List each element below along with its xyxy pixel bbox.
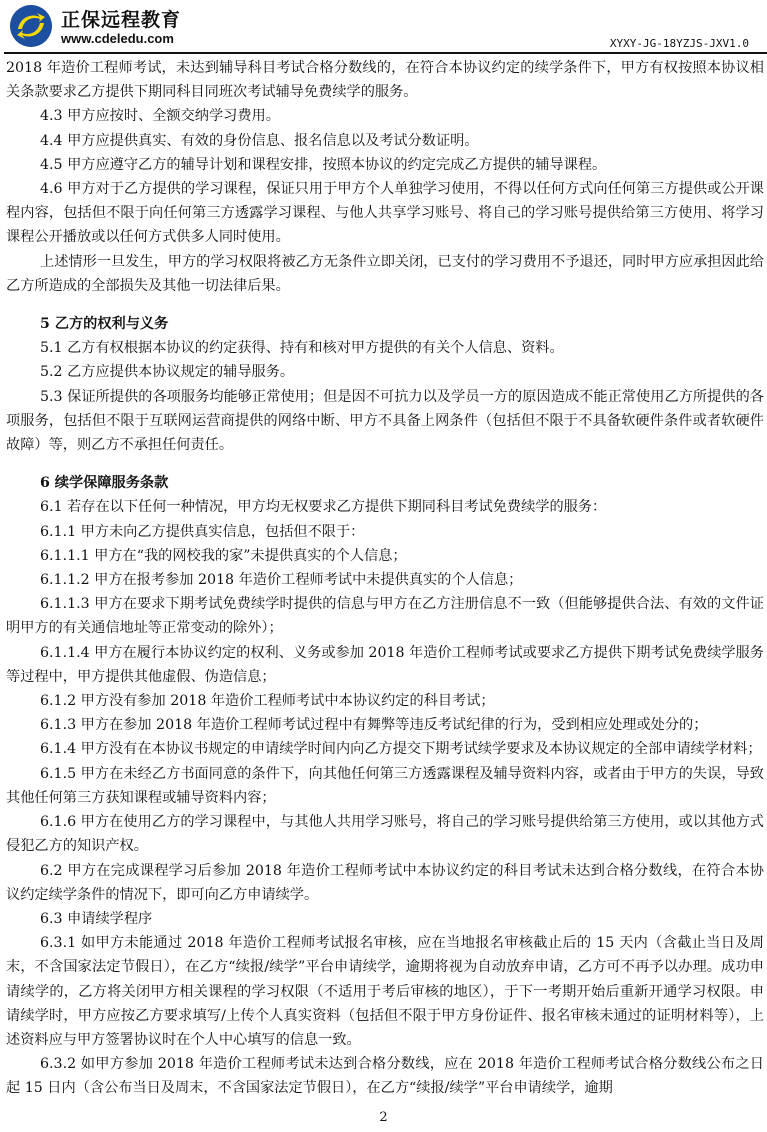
clause-6-2: 6.2 甲方在完成课程学习后参加 2018 年造价工程师考试中本协议约定的科目考… [6,859,764,907]
clause-6-1-1-1: 6.1.1.1 甲方在“我的网校我的家”未提供真实的个人信息； [6,544,764,568]
page-number: 2 [0,1110,767,1125]
cdeledu-logo-icon [10,5,52,47]
document-body: 2018 年造价工程师考试，未达到辅导科目考试合格分数线的，在符合本协议约定的续… [6,56,764,1101]
clause-6-1-2: 6.1.2 甲方没有参加 2018 年造价工程师考试中本协议约定的科目考试； [6,689,764,713]
clause-6-3: 6.3 申请续学程序 [6,907,764,931]
clause-5-2: 5.2 乙方应提供本协议规定的辅导服务。 [6,360,764,384]
clause-5-1: 5.1 乙方有权根据本协议的约定获得、持有和核对甲方提供的有关个人信息、资料。 [6,336,764,360]
brand-url: www.cdeledu.com [61,31,174,46]
clause-6-1-6: 6.1.6 甲方在使用乙方的学习课程中，与其他人共用学习账号，将自己的学习账号提… [6,810,764,858]
clause-6-1: 6.1 若存在以下任何一种情况，甲方均无权要求乙方提供下期同科目考试免费续学的服… [6,495,764,519]
clause-4-5: 4.5 甲方应遵守乙方的辅导计划和课程安排，按照本协议的约定完成乙方提供的辅导课… [6,153,764,177]
clause-6-3-1: 6.3.1 如甲方未能通过 2018 年造价工程师考试报名审核，应在当地报名审核… [6,931,764,1052]
clause-6-1-1-3: 6.1.1.3 甲方在要求下期考试免费续学时提供的信息与甲方在乙方注册信息不一致… [6,592,764,640]
section-heading-5: 5 乙方的权利与义务 [6,312,764,336]
clause-4-6: 4.6 甲方对于乙方提供的学习课程，保证只用于甲方个人单独学习使用，不得以任何方… [6,177,764,250]
document-code: XYXY-JG-18YZJS-JXV1.0 [610,37,749,50]
brand-name: 正保远程教育 [61,5,181,32]
clause-6-1-1: 6.1.1 甲方未向乙方提供真实信息，包括但不限于： [6,520,764,544]
clause-5-3: 5.3 保证所提供的各项服务均能够正常使用；但是因不可抗力以及学员一方的原因造成… [6,385,764,458]
clause-4-3: 4.3 甲方应按时、全额交纳学习费用。 [6,104,764,128]
clause-6-1-1-4: 6.1.1.4 甲方在履行本协议约定的权利、义务或参加 2018 年造价工程师考… [6,641,764,689]
clause-6-1-1-2: 6.1.1.2 甲方在报考参加 2018 年造价工程师考试中未提供真实的个人信息… [6,568,764,592]
header-divider [4,52,767,54]
clause-6-1-4: 6.1.4 甲方没有在本协议书规定的申请续学时间内向乙方提交下期考试续学要求及本… [6,737,764,761]
section-heading-6: 6 续学保障服务条款 [6,471,764,495]
paragraph-intro: 2018 年造价工程师考试，未达到辅导科目考试合格分数线的，在符合本协议约定的续… [6,56,764,104]
clause-4-6-consequence: 上述情形一旦发生，甲方的学习权限将被乙方无条件立即关闭，已支付的学习费用不予退还… [6,250,764,298]
clause-6-1-3: 6.1.3 甲方在参加 2018 年造价工程师考试过程中有舞弊等违反考试纪律的行… [6,713,764,737]
clause-6-1-5: 6.1.5 甲方在未经乙方书面同意的条件下，向其他任何第三方透露课程及辅导资料内… [6,762,764,810]
clause-6-3-2: 6.3.2 如甲方参加 2018 年造价工程师考试未达到合格分数线，应在 201… [6,1052,764,1100]
clause-4-4: 4.4 甲方应提供真实、有效的身份信息、报名信息以及考试分数证明。 [6,129,764,153]
page-header: 正保远程教育 www.cdeledu.com XYXY-JG-18YZJS-JX… [0,0,767,52]
